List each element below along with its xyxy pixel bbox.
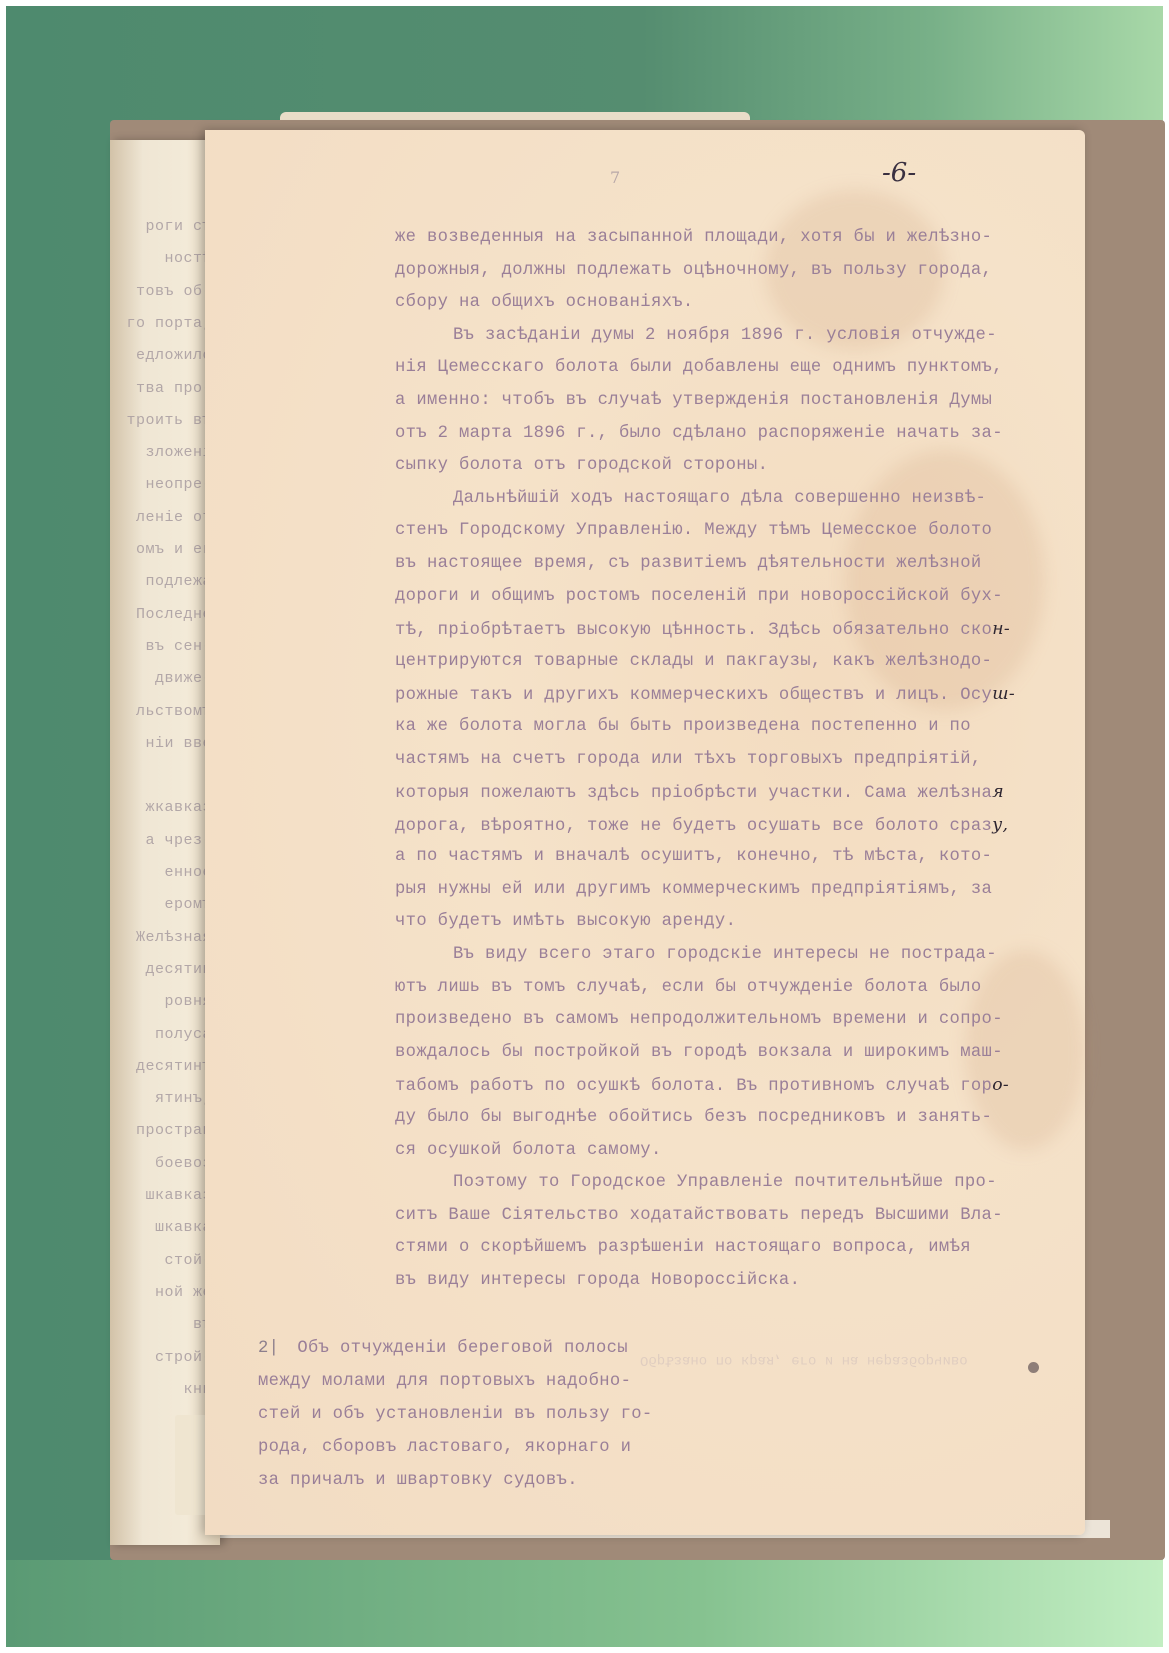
bleed-through-text: Обрѣзано по края, его и на неразборчиво [640, 1352, 968, 1368]
section-heading-line: рода, сборовъ ластоваго, якорнаго и [258, 1431, 678, 1464]
text-line: дорога, вѣроятно, тоже не будетъ осушать… [395, 809, 1035, 842]
spine-text-fragment: жкавказ [145, 799, 212, 816]
spine-text-fragment: зложенi [145, 444, 212, 461]
text-line: ка же болота могла бы быть произведена п… [395, 711, 1035, 744]
typed-text: вождалось бы постройкой въ городѣ вокзал… [395, 1043, 1003, 1062]
spine-text-fragment: боевоз [155, 1155, 212, 1172]
typed-text: ютъ лишь въ томъ случаѣ, если бы отчужде… [395, 978, 982, 997]
text-line: Дальнѣйшій ходъ настоящаго дѣла совершен… [395, 483, 1035, 516]
text-line: ютъ лишь въ томъ случаѣ, если бы отчужде… [395, 972, 1035, 1005]
typed-text: отъ 2 марта 1896 г., было сдѣлано распор… [395, 424, 1003, 443]
typed-text: Въ виду всего этаго городскіе интересы н… [453, 945, 997, 964]
spine-text-fragment: ленiе от [136, 509, 212, 526]
typed-text: дороги и общимъ ростомъ поселеній при но… [395, 587, 1003, 606]
text-line: ду было бы выгоднѣе обойтись безъ посред… [395, 1102, 1035, 1135]
text-line: рожные такъ и другихъ коммерческихъ обще… [395, 678, 1035, 711]
text-line: центрируются товарные склады и пакгаузы,… [395, 646, 1035, 679]
typed-text: ся осушкой болота самому. [395, 1141, 662, 1160]
typed-text: произведено въ самомъ непродолжительномъ… [395, 1010, 1003, 1029]
binding-hole [1028, 1362, 1039, 1373]
text-line: Въ виду всего этаго городскіе интересы н… [395, 939, 1035, 972]
typed-text: что будетъ имѣть высокую аренду. [395, 912, 736, 931]
spine-text-fragment: Последне [136, 606, 212, 623]
spine-text-fragment: а чрез- [145, 832, 212, 849]
text-line: въ настоящее время, съ развитіемъ дѣятел… [395, 548, 1035, 581]
typed-text: Въ засѣданіи думы 2 ноября 1896 г. услов… [453, 326, 997, 345]
spine-text-fragment: ятинъ, [155, 1090, 212, 1107]
typed-text: рожные такъ и другихъ коммерческихъ обще… [395, 686, 992, 705]
typed-text: табомъ работъ по осушкѣ болота. Въ проти… [395, 1077, 992, 1096]
text-line: же возведенныя на засыпанной площади, хо… [395, 222, 1035, 255]
spine-text-fragment: шкавказ [145, 1187, 212, 1204]
section-2-heading: 2|Объ отчужденіи береговой полосы между … [258, 1332, 678, 1497]
spine-text-fragment: полуса [155, 1026, 212, 1043]
text-line: въ виду интересы города Новороссійска. [395, 1265, 1035, 1298]
text-line: рыя нужны ей или другимъ коммерческимъ п… [395, 874, 1035, 907]
text-line: а именно: чтобъ въ случаѣ утвержденія по… [395, 385, 1035, 418]
text-line: ситъ Ваше Сіятельство ходатайствовать пе… [395, 1200, 1035, 1233]
text-line: произведено въ самомъ непродолжительномъ… [395, 1004, 1035, 1037]
typed-text: ка же болота могла бы быть произведена п… [395, 717, 971, 736]
spine-text-fragment: десятинъ [136, 1058, 212, 1075]
typed-text: стенъ Городскому Управленію. Между тѣмъ … [395, 521, 992, 540]
spine-text-fragment: ной же [155, 1284, 212, 1301]
typed-text: дорога, вѣроятно, тоже не будетъ осушать… [395, 817, 992, 836]
text-line: сыпку болота отъ городской стороны. [395, 450, 1035, 483]
spine-text-fragment: подлежа [145, 573, 212, 590]
text-line: частямъ на счетъ города или тѣхъ торговы… [395, 744, 1035, 777]
handwritten-correction: о- [992, 1075, 1009, 1095]
text-line: дорожныя, должны подлежать оцѣночному, в… [395, 255, 1035, 288]
spine-text-fragment: шкавка [155, 1219, 212, 1236]
typed-text: ду было бы выгоднѣе обойтись безъ посред… [395, 1108, 992, 1127]
spine-text-fragment: омъ и ег [136, 541, 212, 558]
spine-text-fragment: строй- [155, 1349, 212, 1366]
handwritten-correction: н- [992, 619, 1010, 639]
spine-text-fragment: едложило [136, 347, 212, 364]
handwritten-page-number: -6- [882, 158, 916, 188]
typed-text: тѣ, пріобрѣтаетъ высокую цѣнность. Здѣсь… [395, 621, 992, 640]
handwritten-correction: я [992, 782, 1004, 802]
typed-text: а именно: чтобъ въ случаѣ утвержденія по… [395, 391, 992, 410]
section-number: 2| [258, 1339, 279, 1358]
typed-text: Дальнѣйшій ходъ настоящаго дѣла совершен… [453, 489, 986, 508]
spine-text-fragment: троить въ [126, 412, 212, 429]
typed-text: частямъ на счетъ города или тѣхъ торговы… [395, 750, 982, 769]
spine-text-fragment: тва про- [136, 380, 212, 397]
text-line: Въ засѣданіи думы 2 ноября 1896 г. услов… [395, 320, 1035, 353]
typed-text: въ настоящее время, съ развитіемъ дѣятел… [395, 554, 982, 573]
text-line: а по частямъ и вначалѣ осушитъ, конечно,… [395, 841, 1035, 874]
text-line: отъ 2 марта 1896 г., было сдѣлано распор… [395, 418, 1035, 451]
spine-text-fragment: го порта, [126, 315, 212, 332]
text-line: сбору на общихъ основаніяхъ. [395, 287, 1035, 320]
typed-text: сбору на общихъ основаніяхъ. [395, 293, 694, 312]
spine-text-fragment: роги съ [145, 218, 212, 235]
spine-text-fragment: товъ об- [136, 283, 212, 300]
spine-text-fragment: простран [136, 1122, 212, 1139]
section-heading-line: за причалъ и швартовку судовъ. [258, 1464, 678, 1497]
green-backdrop-bottom [6, 1560, 1163, 1647]
typed-text: нія Цемесскаго болота были добавлены еще… [395, 358, 1003, 377]
section-heading-line: между молами для портовыхъ надобно- [258, 1365, 678, 1398]
typed-text: рыя нужны ей или другимъ коммерческимъ п… [395, 880, 992, 899]
text-line: стенъ Городскому Управленію. Между тѣмъ … [395, 515, 1035, 548]
section-heading-line: Объ отчужденіи береговой полосы [297, 1339, 628, 1358]
spine-text-fragment: льствомъ [136, 703, 212, 720]
typewritten-body: же возведенныя на засыпанной площади, хо… [395, 222, 1035, 1298]
spine-text-fragment: движе- [155, 670, 212, 687]
typed-text: въ виду интересы города Новороссійска. [395, 1271, 800, 1290]
handwritten-correction: ш- [992, 684, 1015, 704]
typed-text: Поэтому то Городское Управленіе почтител… [453, 1173, 997, 1192]
folded-previous-page: роги съностѣтовъ об-го порта,едложилотва… [110, 140, 220, 1545]
text-line: табомъ работъ по осушкѣ болота. Въ проти… [395, 1069, 1035, 1102]
text-line: вождалось бы постройкой въ городѣ вокзал… [395, 1037, 1035, 1070]
text-line: которыя пожелаютъ здѣсь пріобрѣсти участ… [395, 776, 1035, 809]
text-line: ся осушкой болота самому. [395, 1135, 1035, 1168]
spine-text-fragment: въ сен- [145, 638, 212, 655]
text-line: стями о скорѣйшемъ разрѣшеніи настоящаго… [395, 1232, 1035, 1265]
spine-text-fragment: нiи вве [145, 735, 212, 752]
text-line: Поэтому то Городское Управленіе почтител… [395, 1167, 1035, 1200]
typed-text: сыпку болота отъ городской стороны. [395, 456, 768, 475]
typed-text: а по частямъ и вначалѣ осушитъ, конечно,… [395, 847, 992, 866]
text-line: что будетъ имѣть высокую аренду. [395, 906, 1035, 939]
spine-text-fragment: десятин [145, 961, 212, 978]
typed-text: же возведенныя на засыпанной площади, хо… [395, 228, 992, 247]
handwritten-correction: у, [992, 815, 1008, 835]
text-line: дороги и общимъ ростомъ поселеній при но… [395, 581, 1035, 614]
spine-text-fragment: Желѣзная [136, 929, 212, 946]
typed-text: стями о скорѣйшемъ разрѣшеніи настоящаго… [395, 1238, 971, 1257]
spine-text-fragment: неопре- [145, 476, 212, 493]
text-line: тѣ, пріобрѣтаетъ высокую цѣнность. Здѣсь… [395, 613, 1035, 646]
typed-text: центрируются товарные склады и пакгаузы,… [395, 652, 992, 671]
typed-text: которыя пожелаютъ здѣсь пріобрѣсти участ… [395, 784, 992, 803]
typed-page-number: 7 [610, 168, 620, 187]
text-line: нія Цемесскаго болота были добавлены еще… [395, 352, 1035, 385]
typed-text: дорожныя, должны подлежать оцѣночному, в… [395, 261, 992, 280]
typed-text: ситъ Ваше Сіятельство ходатайствовать пе… [395, 1206, 1003, 1225]
section-heading-line: стей и объ установленіи въ пользу го- [258, 1398, 678, 1431]
